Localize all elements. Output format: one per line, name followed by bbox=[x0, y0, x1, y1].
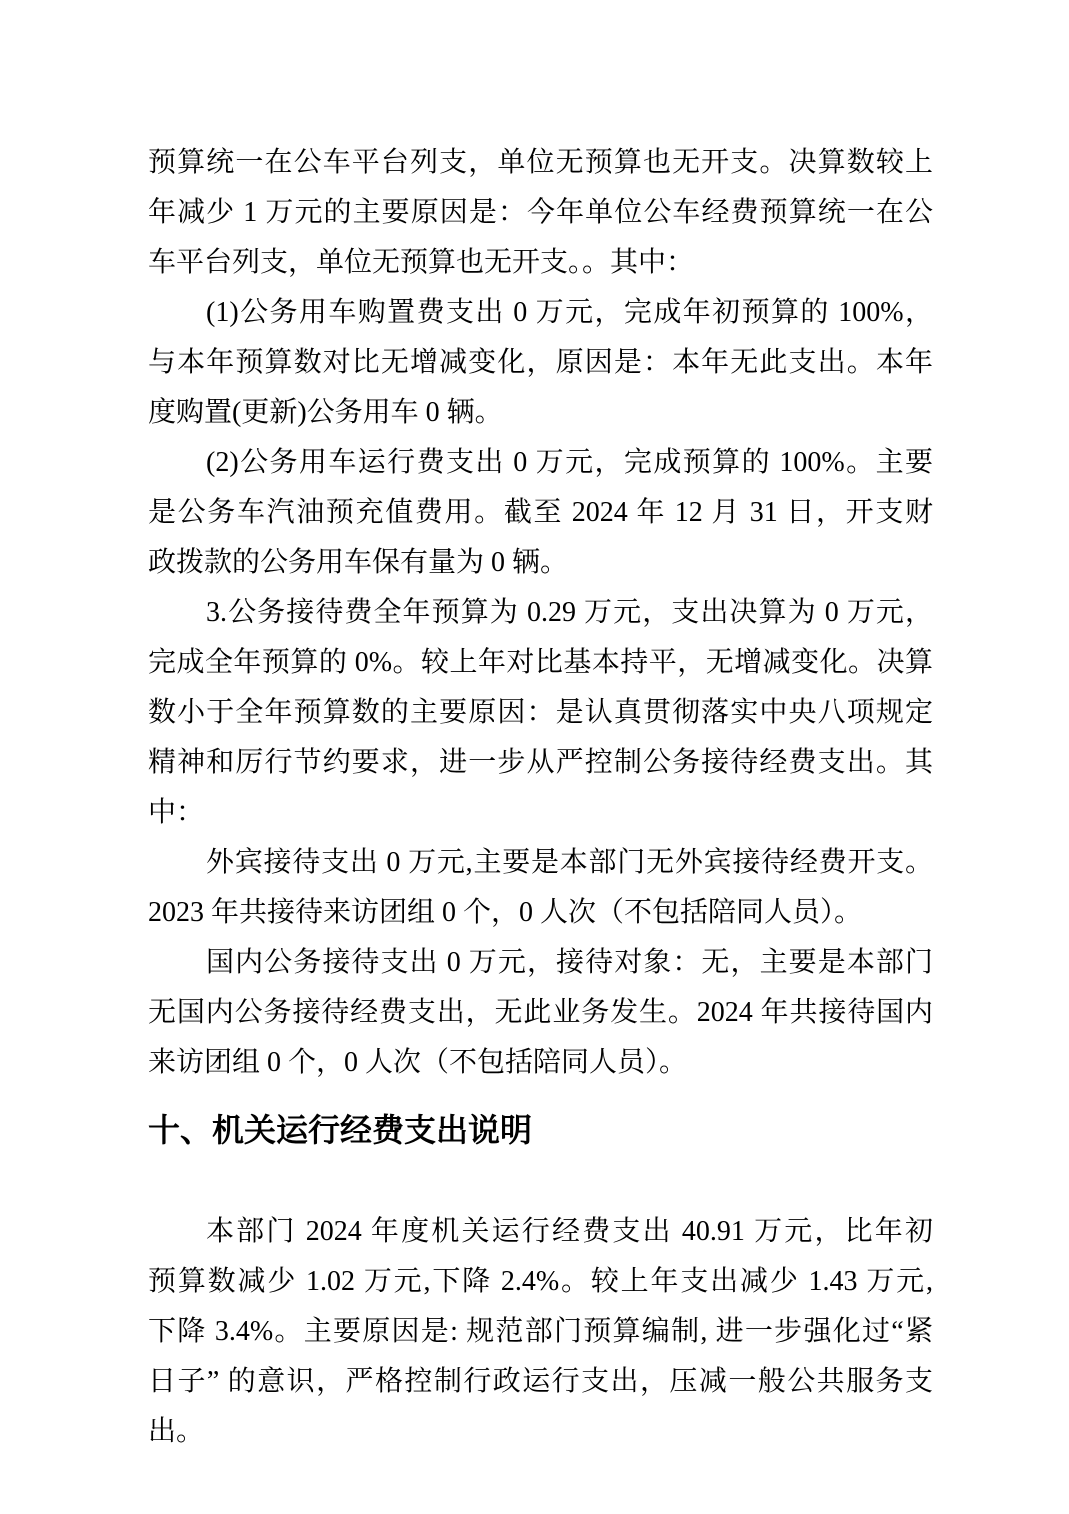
text-line: 外宾接待支出 0 万元,主要是本部门无外宾接待经费开支。 bbox=[148, 838, 933, 888]
document-content: 预算统一在公车平台列支，单位无预算也无开支。决算数较上年减少 1 万元的主要原因… bbox=[148, 138, 933, 1457]
text-line: 完成全年预算的 0%。较上年对比基本持平，无增减变化。决算 bbox=[148, 638, 933, 688]
paragraph-block-2: 本部门 2024 年度机关运行经费支出 40.91 万元，比年初预算数减少 1.… bbox=[148, 1207, 933, 1457]
document-page: 预算统一在公车平台列支，单位无预算也无开支。决算数较上年减少 1 万元的主要原因… bbox=[0, 0, 1069, 1514]
text-line: 车平台列支，单位无预算也无开支。。其中： bbox=[148, 238, 933, 288]
text-line: 政拨款的公务用车保有量为 0 辆。 bbox=[148, 538, 933, 588]
text-line: 下降 3.4%。主要原因是: 规范部门预算编制, 进一步强化过“紧 bbox=[148, 1307, 933, 1357]
text-line: 无国内公务接待经费支出，无此业务发生。2024 年共接待国内 bbox=[148, 988, 933, 1038]
text-line: 2023 年共接待来访团组 0 个，0 人次（不包括陪同人员）。 bbox=[148, 888, 933, 938]
text-line: (1)公务用车购置费支出 0 万元，完成年初预算的 100%， bbox=[148, 288, 933, 338]
text-line: 是公务车汽油预充值费用。截至 2024 年 12 月 31 日，开支财 bbox=[148, 488, 933, 538]
text-line: 年减少 1 万元的主要原因是：今年单位公车经费预算统一在公 bbox=[148, 188, 933, 238]
text-line: 本部门 2024 年度机关运行经费支出 40.91 万元，比年初 bbox=[148, 1207, 933, 1257]
text-line: 来访团组 0 个，0 人次（不包括陪同人员）。 bbox=[148, 1038, 933, 1088]
text-line: 3.公务接待费全年预算为 0.29 万元，支出决算为 0 万元， bbox=[148, 588, 933, 638]
text-line: 度购置(更新)公务用车 0 辆。 bbox=[148, 388, 933, 438]
text-line: 预算统一在公车平台列支，单位无预算也无开支。决算数较上 bbox=[148, 138, 933, 188]
text-line: 国内公务接待支出 0 万元，接待对象：无，主要是本部门 bbox=[148, 938, 933, 988]
text-line: 日子” 的意识，严格控制行政运行支出，压减一般公共服务支 bbox=[148, 1357, 933, 1407]
text-line: 精神和厉行节约要求，进一步从严控制公务接待经费支出。其 bbox=[148, 738, 933, 788]
text-line: 出。 bbox=[148, 1407, 933, 1457]
text-line: 中： bbox=[148, 788, 933, 838]
section-heading: 十、机关运行经费支出说明 bbox=[148, 1105, 933, 1155]
paragraph-block-1: 预算统一在公车平台列支，单位无预算也无开支。决算数较上年减少 1 万元的主要原因… bbox=[148, 138, 933, 1088]
text-line: 与本年预算数对比无增减变化，原因是：本年无此支出。本年 bbox=[148, 338, 933, 388]
text-line: 数小于全年预算数的主要原因：是认真贯彻落实中央八项规定 bbox=[148, 688, 933, 738]
text-line: (2)公务用车运行费支出 0 万元，完成预算的 100%。主要 bbox=[148, 438, 933, 488]
text-line: 预算数减少 1.02 万元,下降 2.4%。较上年支出减少 1.43 万元, bbox=[148, 1257, 933, 1307]
